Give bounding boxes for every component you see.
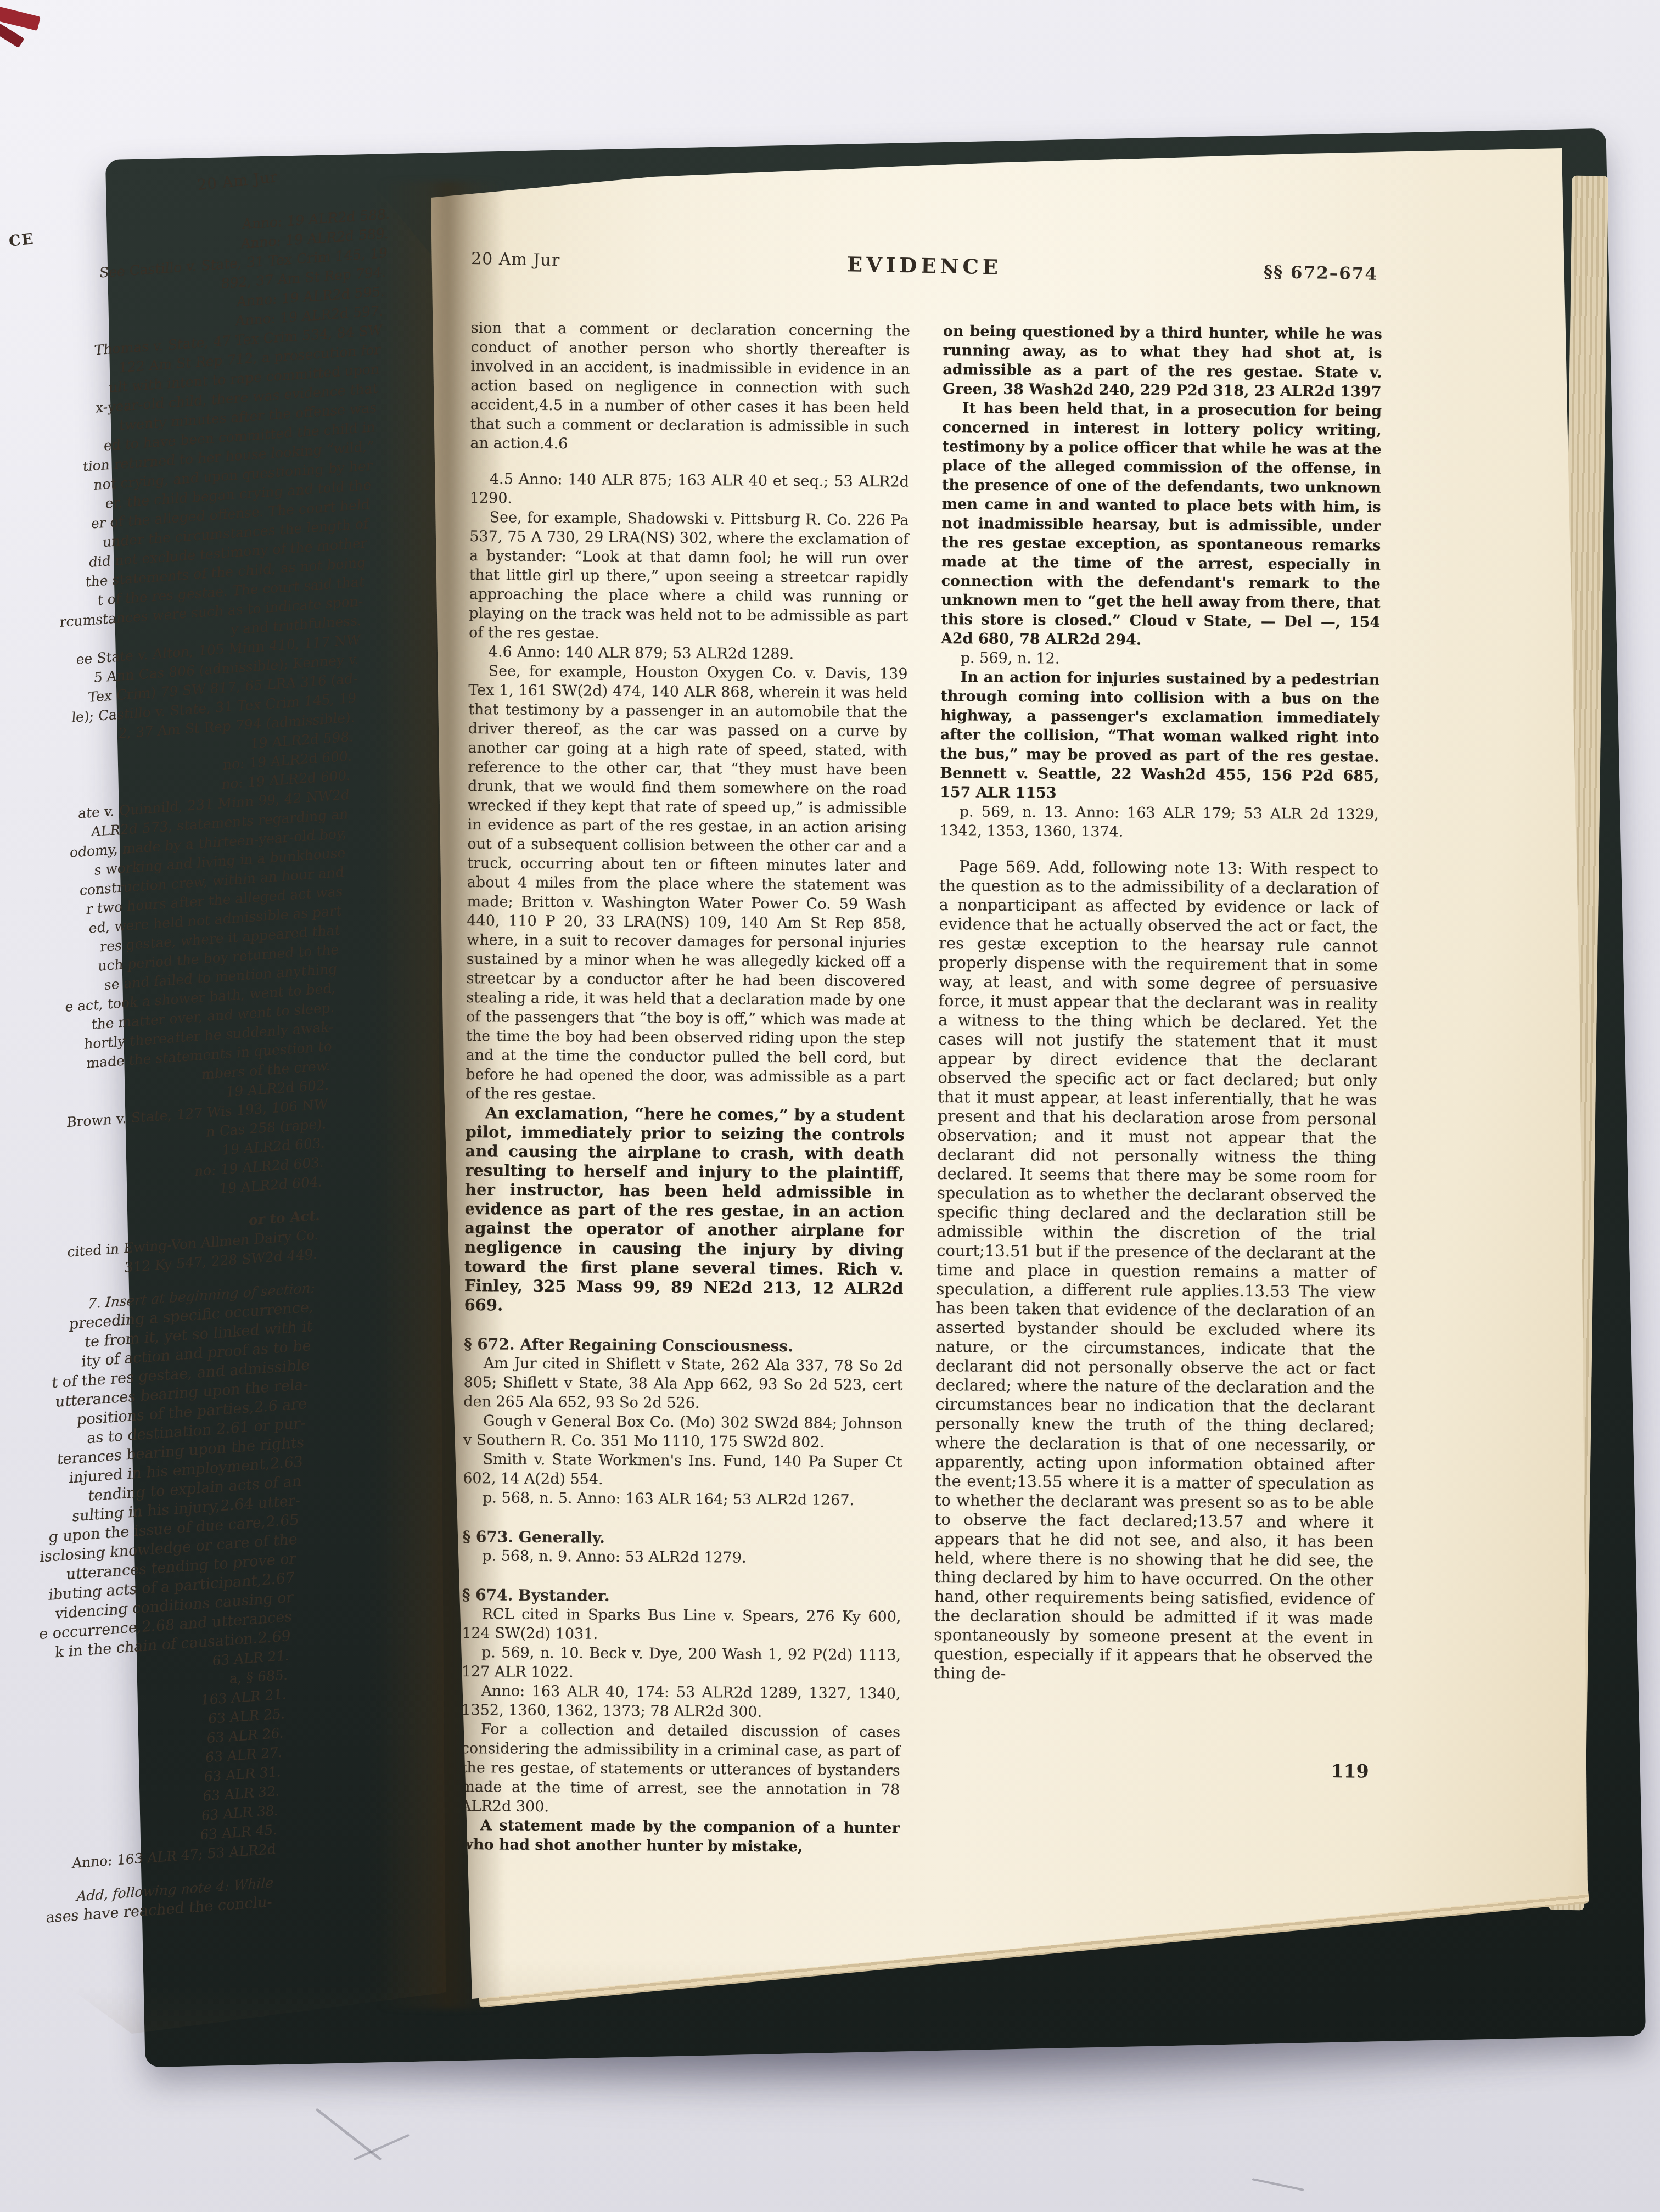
- photo-scene: CE 20 Am Jur Anno: 19 ALR2d 588.Anno: 19…: [0, 0, 1660, 2212]
- surface-pencil-mark: [1252, 2178, 1304, 2191]
- paragraph: 4.5 Anno: 140 ALR 875; 163 ALR 40 et seq…: [470, 469, 909, 511]
- paragraph: p. 568, n. 5. Anno: 163 ALR 164; 53 ALR2…: [463, 1488, 902, 1511]
- surface-pencil-mark: [354, 2134, 410, 2160]
- paragraph: [464, 1315, 903, 1334]
- paragraph: p. 569, n. 10. Beck v. Dye, 200 Wash 1, …: [462, 1643, 901, 1685]
- right-page-column-1: sion that a comment or declaration conce…: [460, 318, 910, 1857]
- right-page: 20 Am Jur EVIDENCE §§ 672–674 sion that …: [423, 137, 1603, 2036]
- running-head-sections: §§ 672–674: [1263, 262, 1378, 284]
- paragraph: Am Jur cited in Shiflett v State, 262 Al…: [463, 1354, 903, 1414]
- paragraph: A statement made by the companion of a h…: [460, 1816, 899, 1857]
- paragraph: It has been held that, in a prosecution …: [941, 398, 1382, 652]
- paragraph: p. 569, n. 13. Anno: 163 ALR 179; 53 ALR…: [939, 802, 1378, 844]
- page-number: 119: [933, 1759, 1372, 1781]
- paragraph: Gough v General Box Co. (Mo) 302 SW2d 88…: [463, 1411, 902, 1453]
- paragraph: RCL cited in Sparks Bus Line v. Spears, …: [462, 1604, 901, 1646]
- paragraph: Smith v. State Workmen's Ins. Fund, 140 …: [463, 1450, 902, 1491]
- paragraph: [463, 1507, 902, 1527]
- right-page-column-2: on being questioned by a third hunter, w…: [932, 322, 1382, 1861]
- paragraph: on being questioned by a third hunter, w…: [943, 322, 1382, 402]
- paragraph: In an action for injuries sustained by a…: [940, 667, 1380, 805]
- paragraph: p. 568, n. 9. Anno: 53 ALR2d 1279.: [462, 1546, 901, 1569]
- paragraph: See, for example, Houston Oxygen Co. v. …: [466, 661, 908, 1107]
- paragraph: Anno: 163 ALR 40, 174: 53 ALR2d 1289, 13…: [461, 1681, 900, 1723]
- text-columns: sion that a comment or declaration conce…: [460, 318, 1382, 1861]
- paragraph: [462, 1565, 901, 1585]
- right-page-content: 20 Am Jur EVIDENCE §§ 672–674 sion that …: [423, 137, 1603, 2036]
- paragraph: 4.6 Anno: 140 ALR 879; 53 ALR2d 1289.: [469, 642, 908, 665]
- paragraph: § 673. Generally.: [462, 1527, 901, 1549]
- right-page-column-2-paragraphs: on being questioned by a third hunter, w…: [934, 322, 1382, 1686]
- paragraph: For a collection and detailed discussion…: [461, 1720, 900, 1819]
- paragraph: sion that a comment or declaration conce…: [470, 318, 910, 456]
- surface-pencil-mark: [315, 2108, 382, 2160]
- paragraph: § 674. Bystander.: [462, 1585, 901, 1608]
- running-head-title: EVIDENCE: [471, 245, 1378, 287]
- left-page-running-head: CE 20 Am Jur: [4, 157, 386, 197]
- right-page-running-head: 20 Am Jur EVIDENCE §§ 672–674: [470, 245, 1378, 301]
- left-page-column: Anno: 19 ALR2d 588.Anno: 19 ALR2d 589.Se…: [0, 204, 391, 1940]
- paragraph: p. 569, n. 12.: [941, 648, 1380, 671]
- paragraph: An exclamation, “here he comes,” by a st…: [464, 1103, 905, 1318]
- paragraph: Page 569. Add, following note 13: With r…: [934, 857, 1378, 1686]
- gutter-shadow: [379, 181, 505, 2009]
- paragraph: § 672. After Regaining Consciousness.: [464, 1334, 903, 1357]
- paragraph: See, for example, Shadowski v. Pittsburg…: [469, 508, 909, 645]
- running-head-volume: 20 Am Jur: [197, 169, 278, 194]
